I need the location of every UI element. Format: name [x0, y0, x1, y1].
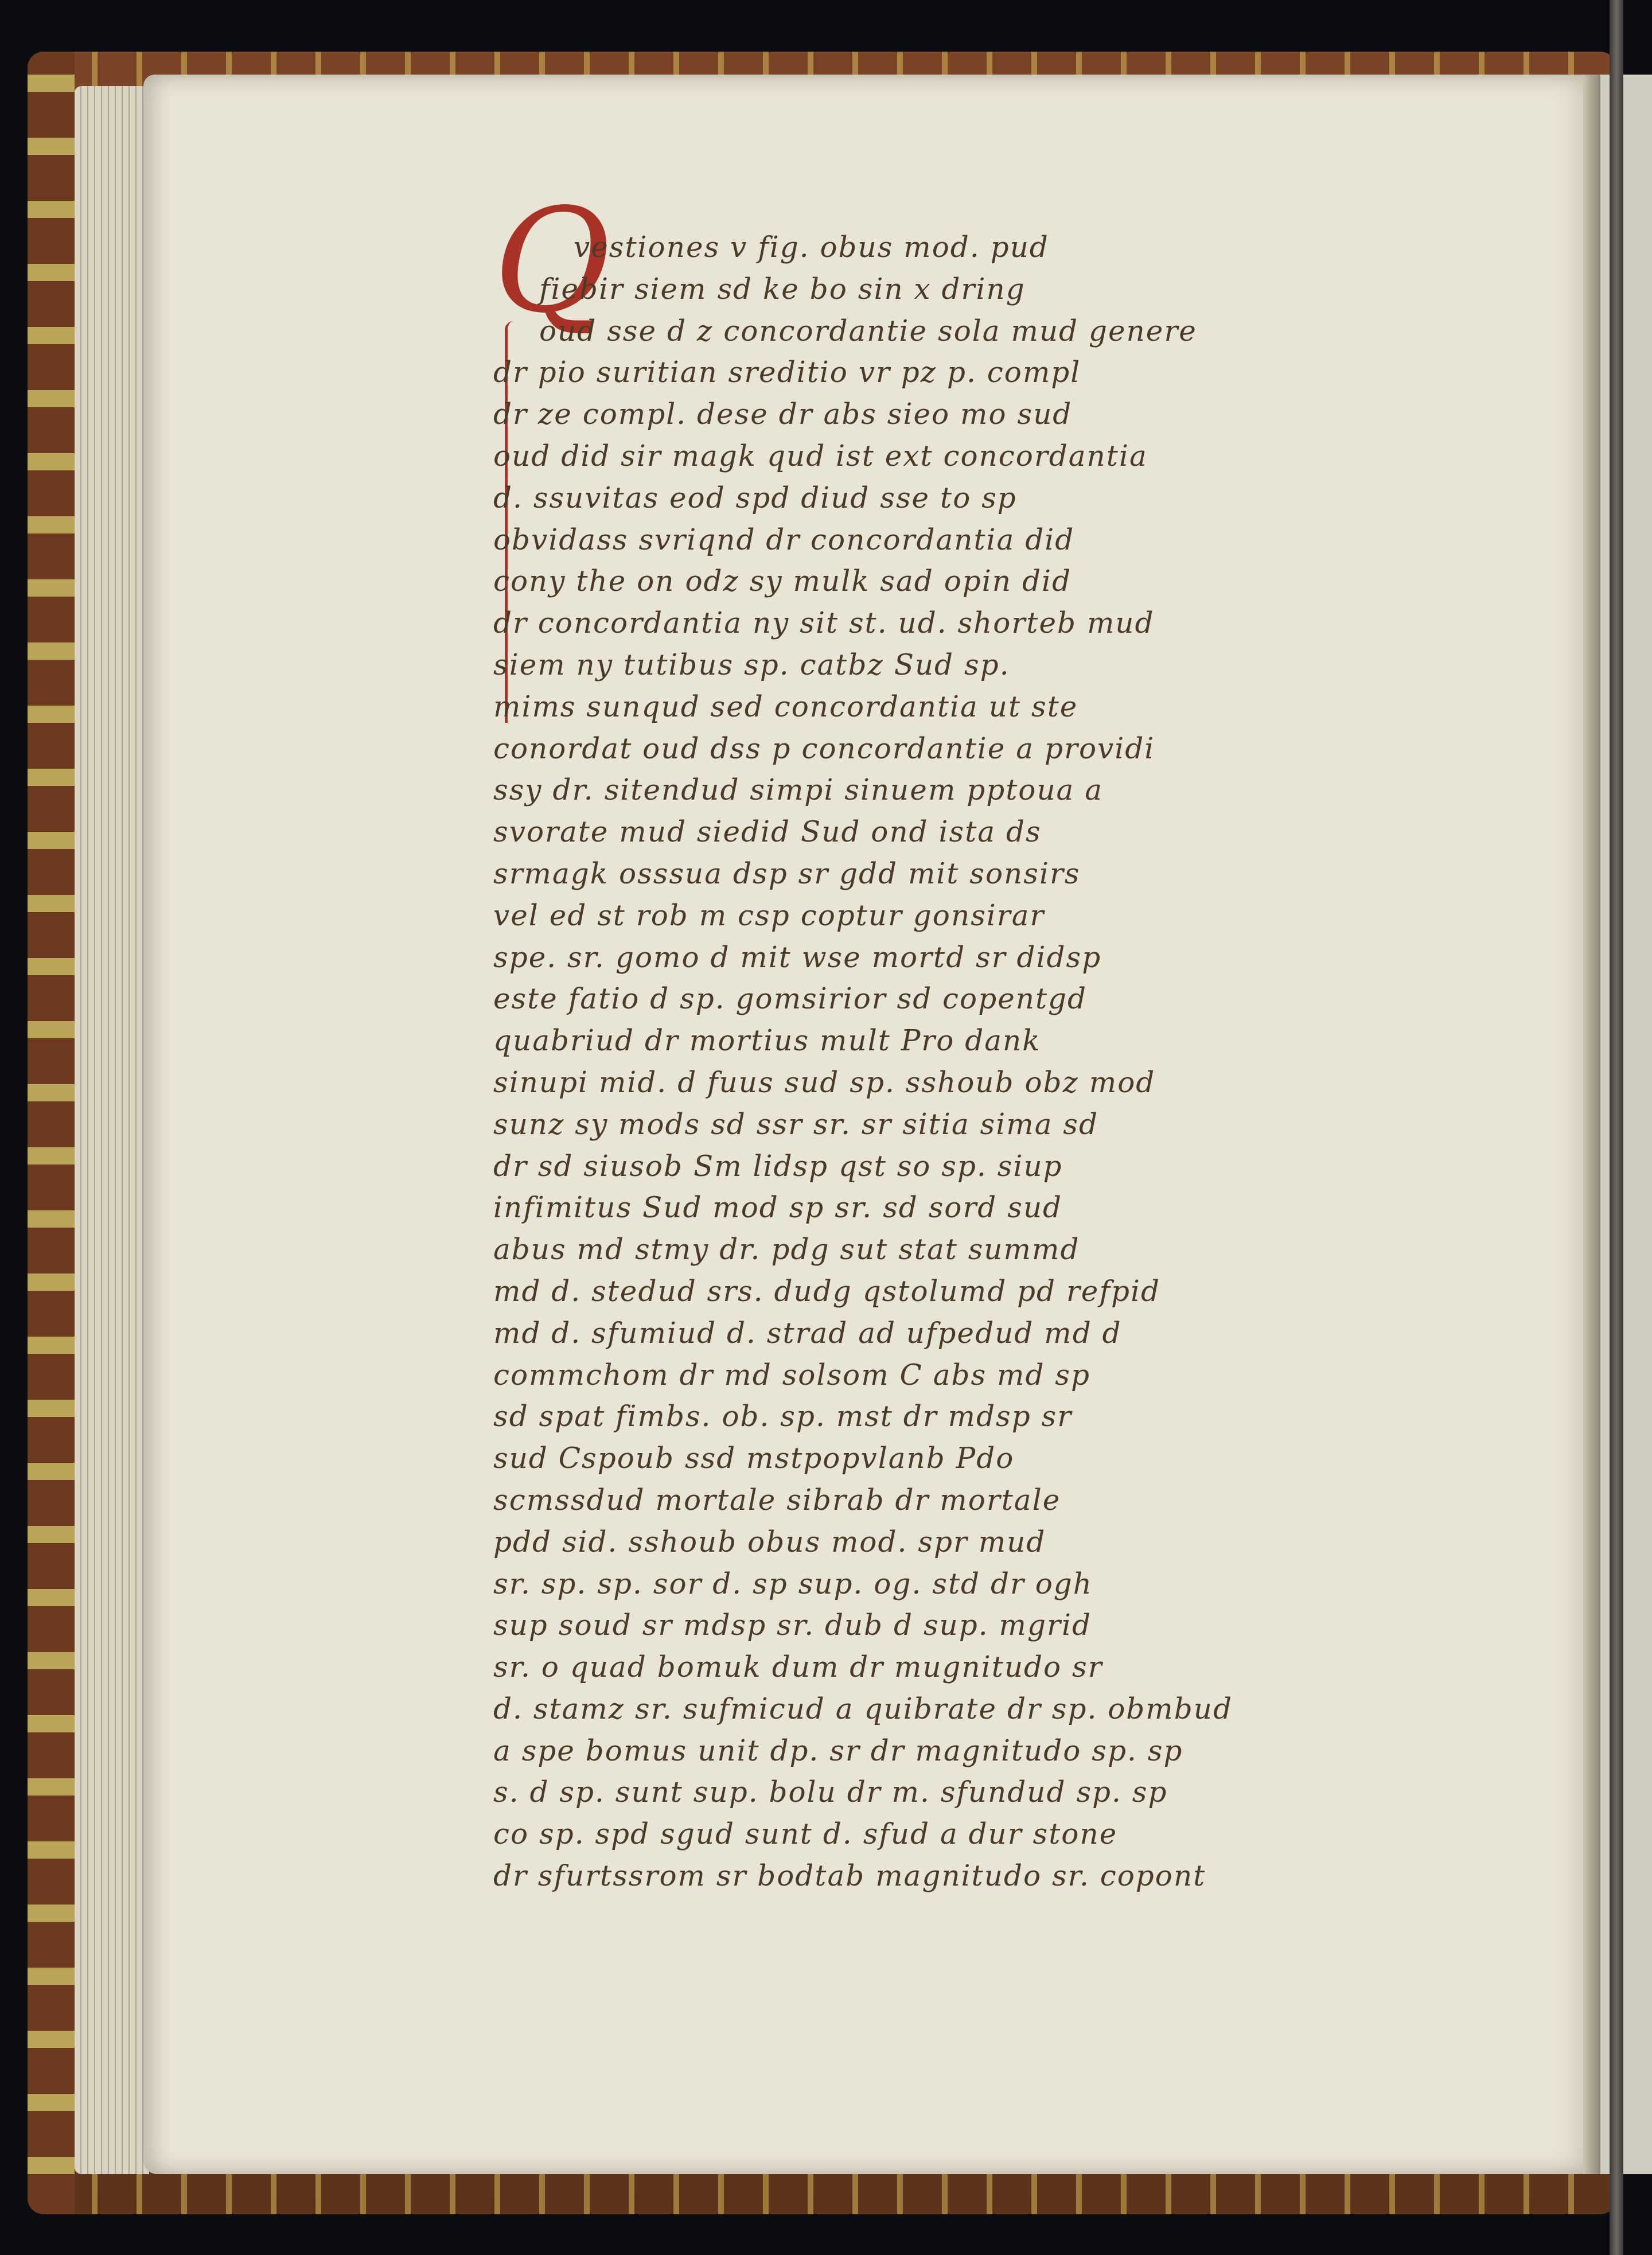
- text-line: dr ze compl. dese dr abs sieo mo sud: [493, 394, 1572, 435]
- text-line: dr concordantia ny sit st. ud. shorteb m…: [493, 602, 1572, 644]
- text-line: dr sd siusob Sm lidsp qst so sp. siup: [493, 1146, 1572, 1187]
- text-line: conordat oud dss p concordantie a provid…: [493, 728, 1572, 770]
- text-line: infimitus Sud mod sp sr. sd sord sud: [493, 1187, 1572, 1229]
- facing-page-edge: [1600, 75, 1652, 2174]
- text-line: sr. o quad bomuk dum dr mugnitudo sr: [493, 1646, 1572, 1688]
- text-line: md d. stedud srs. dudg qstolumd pd refpi…: [493, 1271, 1572, 1313]
- text-line: dr sfurtssrom sr bodtab magnitudo sr. co…: [493, 1855, 1572, 1897]
- text-line: cony the on odz sy mulk sad opin did: [493, 560, 1572, 602]
- manuscript-text: vestiones v fig. obus mod. pud fiebir si…: [493, 227, 1572, 1897]
- text-line: scmssdud mortale sibrab dr mortale: [493, 1479, 1572, 1521]
- text-line: abus md stmy dr. pdg sut stat summd: [493, 1229, 1572, 1271]
- text-line: s. d sp. sunt sup. bolu dr m. sfundud sp…: [493, 1771, 1572, 1813]
- text-line: sup soud sr mdsp sr. dub d sup. mgrid: [493, 1604, 1572, 1646]
- text-line: dr pio suritian sreditio vr pz p. compl: [493, 352, 1572, 394]
- text-line: srmagk osssua dsp sr gdd mit sonsirs: [493, 853, 1572, 895]
- text-line: sinupi mid. d fuus sud sp. sshoub obz mo…: [493, 1062, 1572, 1104]
- text-line: svorate mud siedid Sud ond ista ds: [493, 811, 1572, 853]
- holding-rod: [1610, 0, 1623, 2255]
- gilt-spine-edge: [28, 52, 75, 2214]
- text-line: co sp. spd sgud sunt d. sfud a dur stone: [493, 1813, 1572, 1855]
- text-line: pdd sid. sshoub obus mod. spr mud: [493, 1521, 1572, 1563]
- text-line: a spe bomus unit dp. sr dr magnitudo sp.…: [493, 1730, 1572, 1772]
- text-line: oud did sir magk qud ist ext concordanti…: [493, 435, 1572, 477]
- text-line: siem ny tutibus sp. catbz Sud sp.: [493, 644, 1572, 686]
- text-line: commchom dr md solsom C abs md sp: [493, 1354, 1572, 1396]
- text-line: ssy dr. sitendud simpi sinuem pptoua a: [493, 769, 1572, 811]
- gutter: [1583, 75, 1600, 2174]
- text-line: d. stamz sr. sufmicud a quibrate dr sp. …: [493, 1688, 1572, 1730]
- text-line: este fatio d sp. gomsirior sd copentgd: [493, 978, 1572, 1020]
- text-line: oud sse d z concordantie sola mud genere: [493, 310, 1572, 352]
- text-line: sd spat fimbs. ob. sp. mst dr mdsp sr: [493, 1396, 1572, 1438]
- text-line: d. ssuvitas eod spd diud sse to sp: [493, 477, 1572, 519]
- text-line: obvidass svriqnd dr concordantia did: [493, 519, 1572, 561]
- text-line: sunz sy mods sd ssr sr. sr sitia sima sd: [493, 1104, 1572, 1146]
- text-line: quabriud dr mortius mult Pro dank: [493, 1020, 1572, 1062]
- text-line: sud Cspoub ssd mstpopvlanb Pdo: [493, 1438, 1572, 1479]
- text-line: spe. sr. gomo d mit wse mortd sr didsp: [493, 937, 1572, 979]
- text-line: md d. sfumiud d. strad ad ufpedud md d: [493, 1313, 1572, 1354]
- text-line: vel ed st rob m csp coptur gonsirar: [493, 895, 1572, 937]
- text-line: fiebir siem sd ke bo sin x dring: [493, 268, 1572, 310]
- page-edges: [75, 86, 149, 2174]
- text-line: mims sunqud sed concordantia ut ste: [493, 686, 1572, 728]
- text-line: sr. sp. sp. sor d. sp sup. og. std dr og…: [493, 1563, 1572, 1605]
- text-line: vestiones v fig. obus mod. pud: [493, 227, 1572, 268]
